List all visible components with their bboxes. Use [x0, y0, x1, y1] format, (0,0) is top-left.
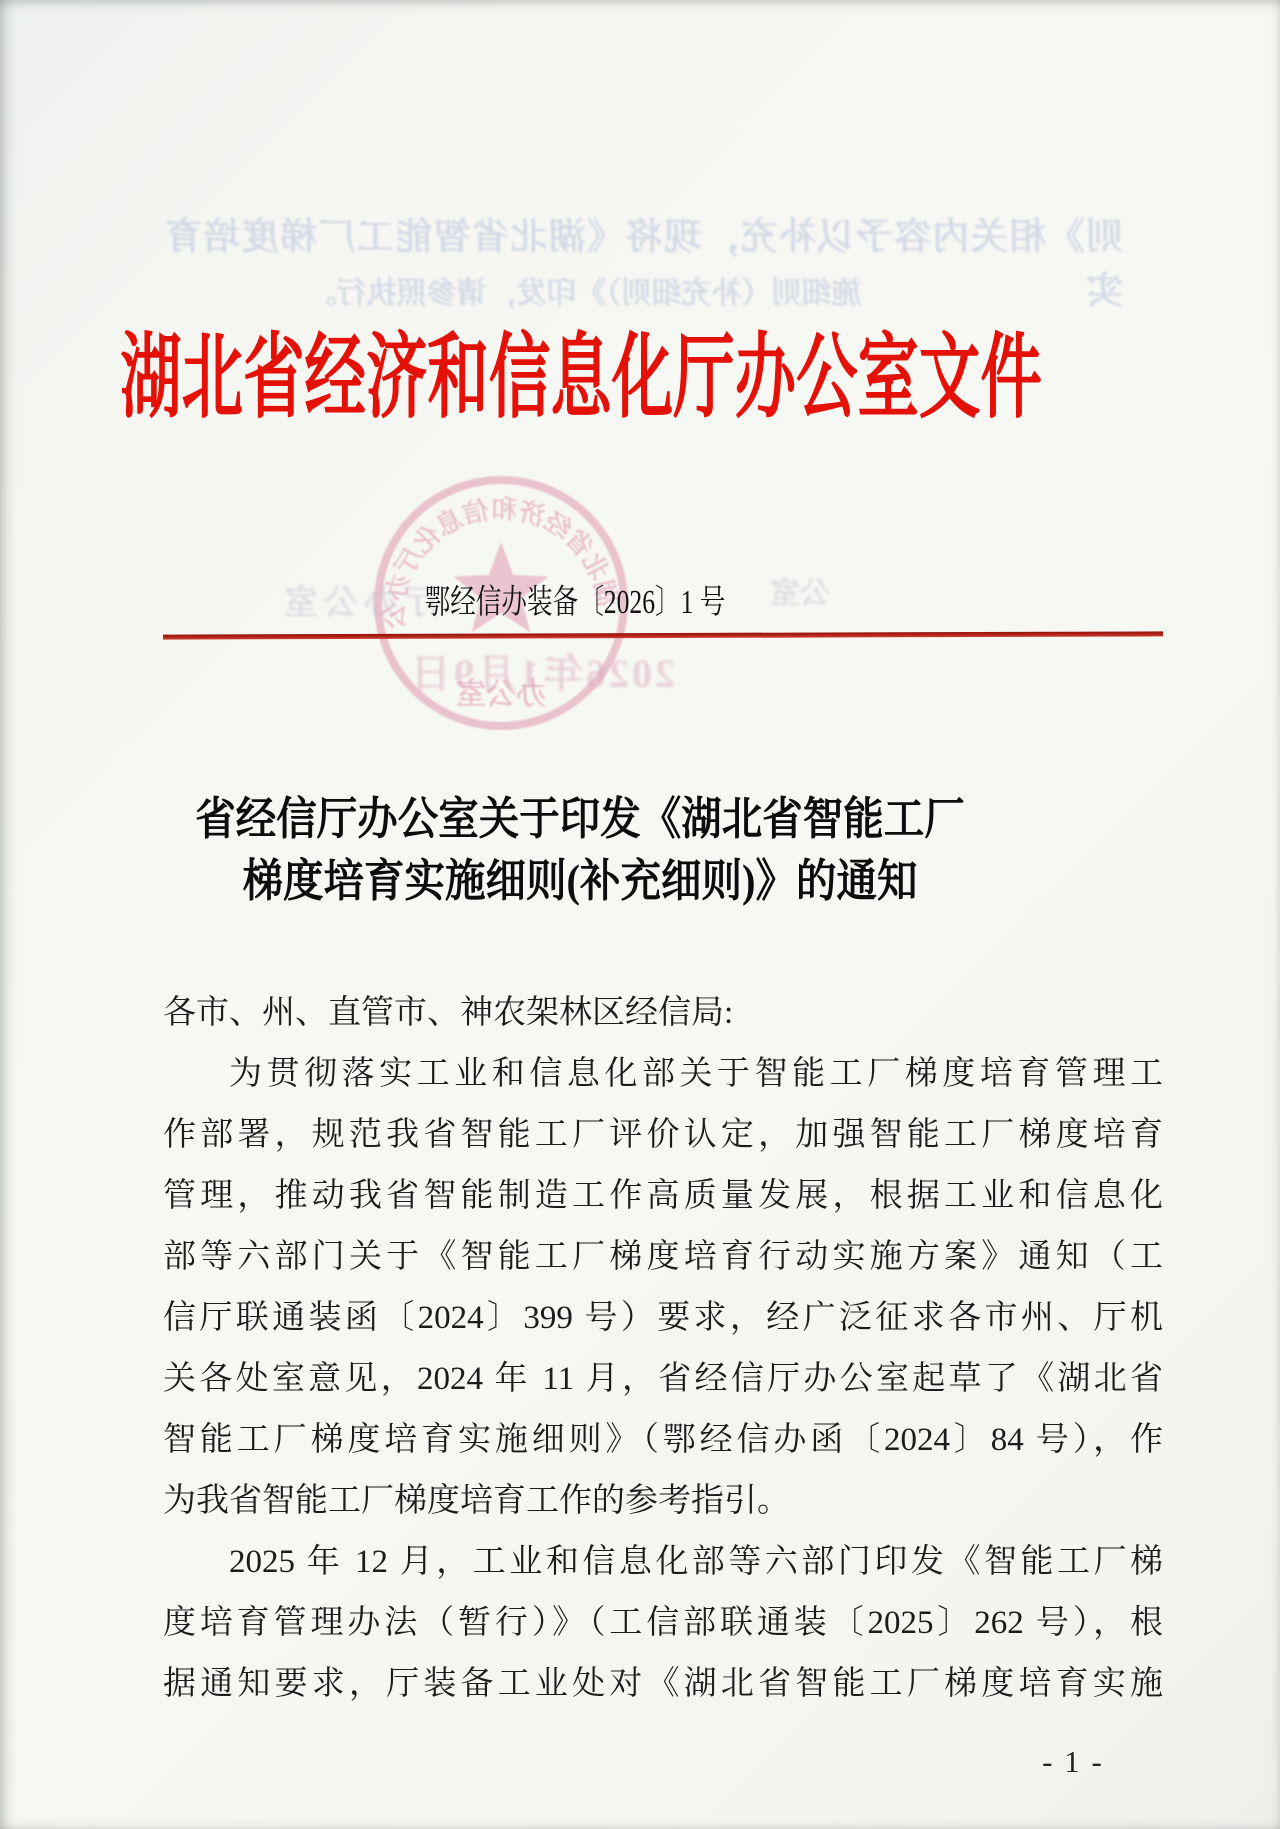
body-line: 管理，推动我省智能制造工作高质量发展，根据工业和信息化: [163, 1166, 1163, 1227]
recipient-line: 各市、州、直管市、神农架林区经信局:: [163, 983, 1163, 1044]
body-line: 2025 年 12 月，工业和信息化部等六部门印发《智能工厂梯: [163, 1532, 1163, 1593]
doc-title-line-1: 省经信厅办公室关于印发《湖北省智能工厂: [58, 788, 1102, 850]
body-line: 为贯彻落实工业和信息化部关于智能工厂梯度培育管理工: [163, 1044, 1163, 1105]
letterhead-org-title: 湖北省经济和信息化厅办公室文件: [23, 303, 1139, 436]
body-line: 信厅联通装函〔2024〕399 号）要求，经广泛征求各市州、厅机: [163, 1288, 1163, 1349]
body-line: 部等六部门关于《智能工厂梯度培育行动实施方案》通知（工: [163, 1227, 1163, 1288]
page-number: - 1 -: [1008, 1744, 1138, 1780]
bleedthrough-fragment-date: 2026年1月9日: [408, 642, 675, 699]
doc-title-line-2: 梯度培育实施细则(补充细则)》的通知: [58, 850, 1102, 912]
body-line: 为我省智能工厂梯度培育工作的参考指引。: [163, 1471, 1163, 1532]
body-line: 度培育管理办法（暂行）》（工信部联通装〔2025〕262 号），根: [163, 1593, 1163, 1654]
body-line: 关各处室意见，2024 年 11 月，省经信厅办公室起草了《湖北省: [163, 1349, 1163, 1410]
body-line: 据通知要求，厅装备工业处对《湖北省智能工厂梯度培育实施: [163, 1654, 1163, 1715]
red-rule: [163, 631, 1163, 639]
doc-number: 鄂经信办装备〔2026〕1 号: [115, 575, 1035, 623]
scanned-official-document: 则》相关内容予以补充，现将《湖北省智能工厂梯度培育实 施细则（补充细则）》印发，…: [0, 0, 1280, 1829]
body-line: 智能工厂梯度培育实施细则》（鄂经信办函〔2024〕84 号），作: [163, 1410, 1163, 1471]
doc-title: 省经信厅办公室关于印发《湖北省智能工厂 梯度培育实施细则(补充细则)》的通知: [58, 788, 1102, 912]
body-line: 作部署，规范我省智能工厂评价认定，加强智能工厂梯度培育: [163, 1105, 1163, 1166]
document-body: 各市、州、直管市、神农架林区经信局: 为贯彻落实工业和信息化部关于智能工厂梯度培…: [163, 983, 1163, 1715]
